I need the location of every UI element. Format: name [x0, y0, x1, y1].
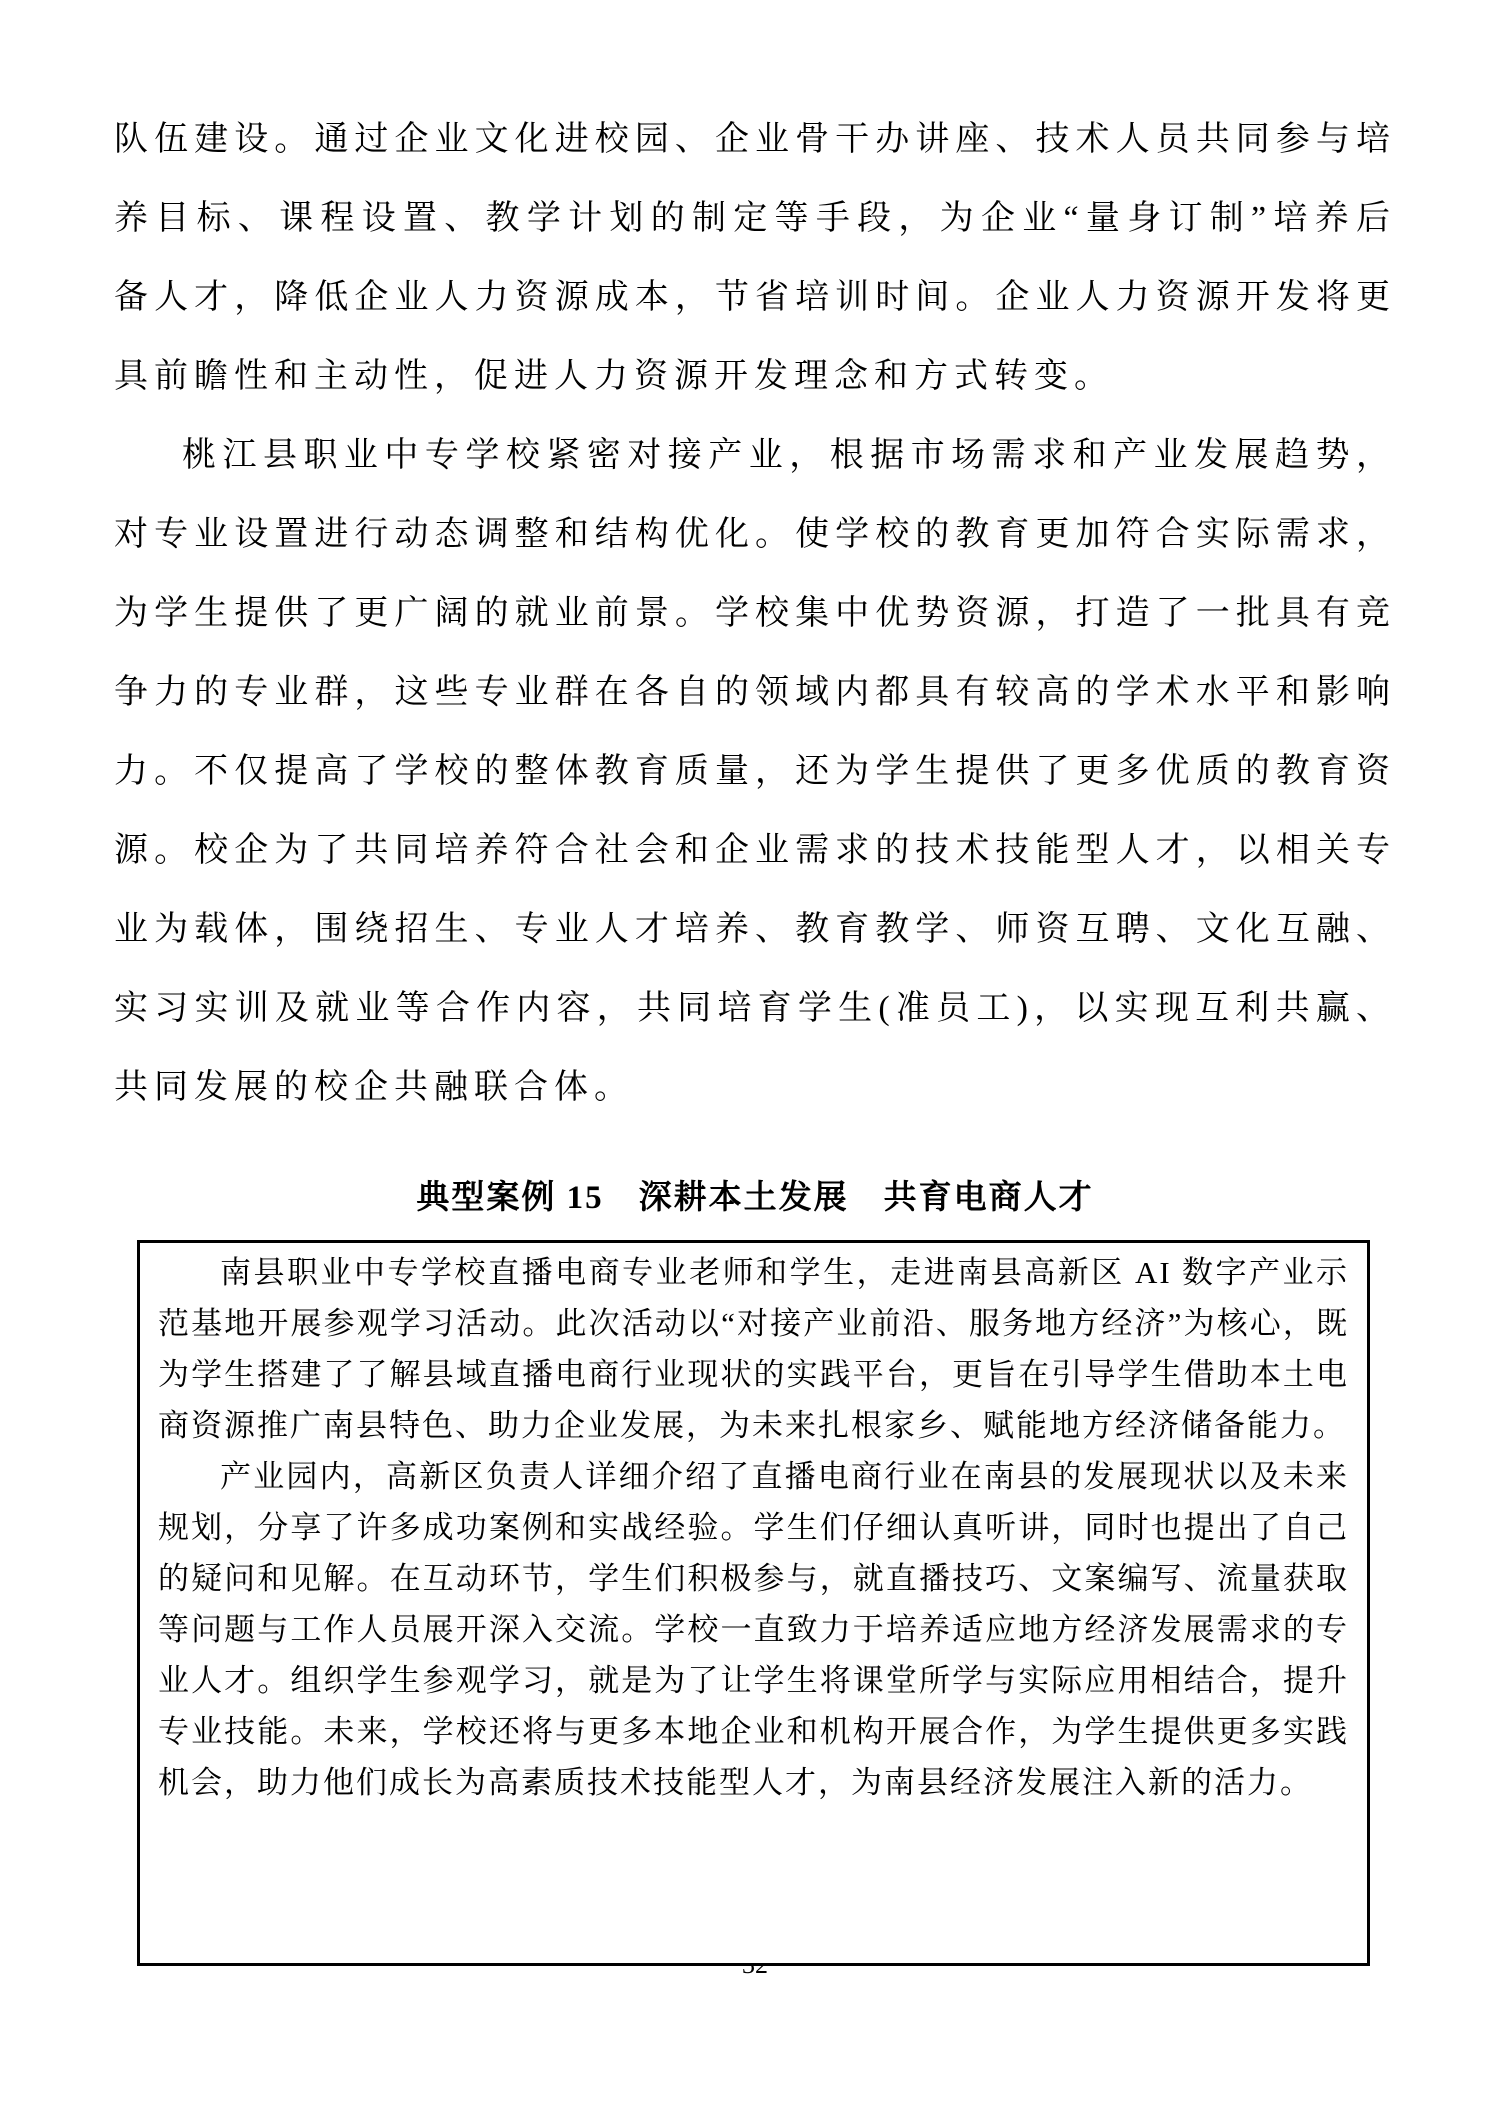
document-page: 队伍建设。通过企业文化进校园、企业骨干办讲座、技术人员共同参与培养目标、课程设置…: [0, 0, 1488, 2104]
case-study-box: 南县职业中专学校直播电商专业老师和学生，走进南县高新区 AI 数字产业示范基地开…: [137, 1240, 1370, 1966]
case-box-paragraph: 产业园内，高新区负责人详细介绍了直播电商行业在南县的发展现状以及未来规划，分享了…: [158, 1451, 1349, 1808]
case-study-heading: 典型案例 15 深耕本土发展 共育电商人才: [114, 1172, 1396, 1224]
body-paragraph: 桃江县职业中专学校紧密对接产业，根据市场需求和产业发展趋势，对专业设置进行动态调…: [114, 416, 1396, 1127]
body-paragraph: 队伍建设。通过企业文化进校园、企业骨干办讲座、技术人员共同参与培养目标、课程设置…: [114, 100, 1396, 416]
case-box-paragraph: 南县职业中专学校直播电商专业老师和学生，走进南县高新区 AI 数字产业示范基地开…: [158, 1247, 1349, 1451]
body-text: 队伍建设。通过企业文化进校园、企业骨干办讲座、技术人员共同参与培养目标、课程设置…: [114, 100, 1396, 1160]
